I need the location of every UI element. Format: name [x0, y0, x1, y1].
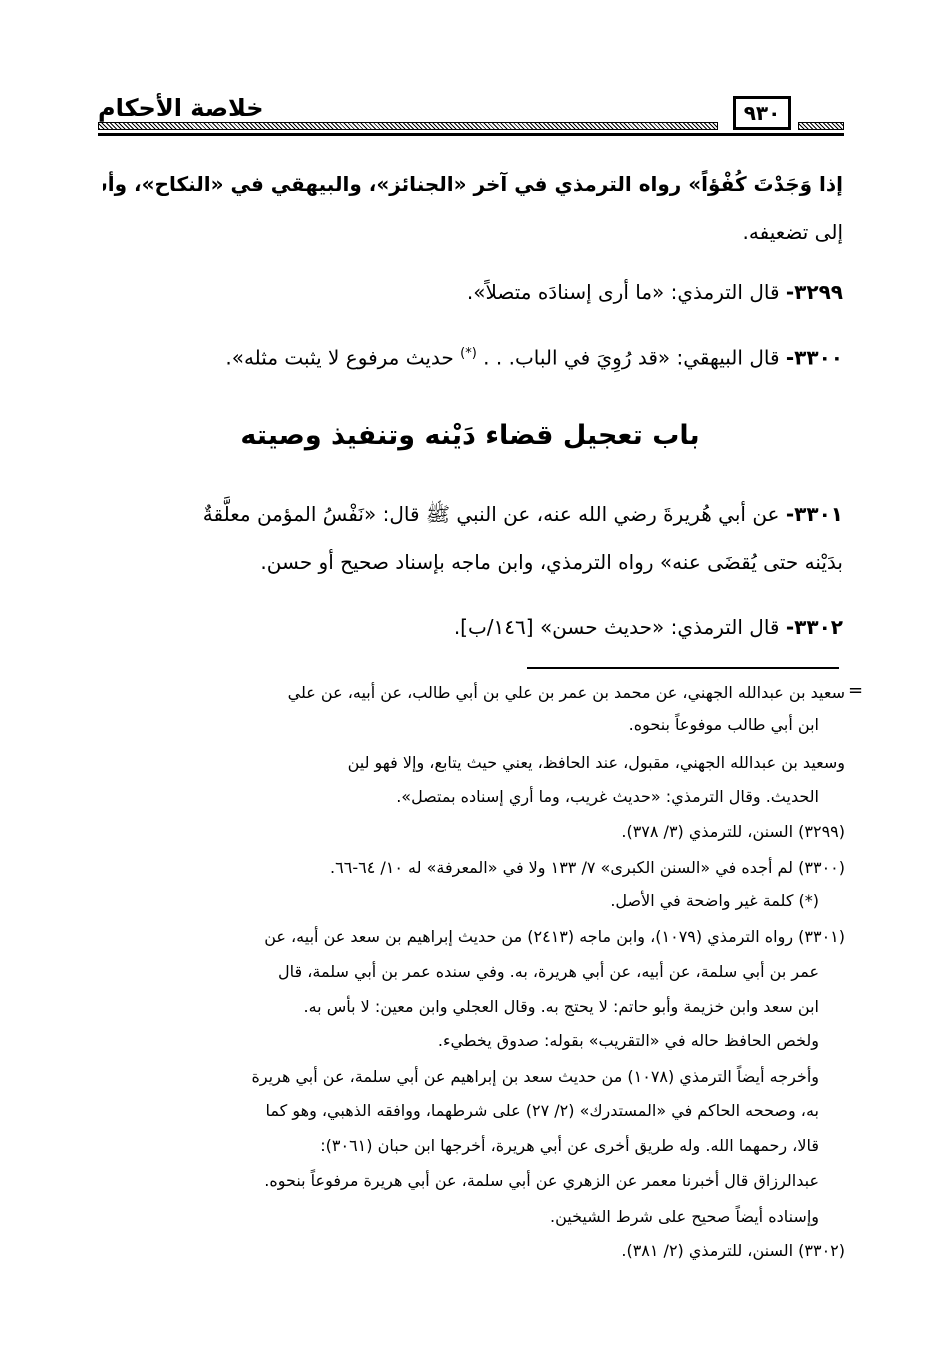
footnote-line: وأخرجه أيضاً الترمذي (١٠٧٨) من حديث سعد …: [104, 1060, 819, 1095]
entry-text-continued: حديث مرفوع لا يثبت مثله».: [225, 346, 453, 370]
entry-number: ٣٢٩٩-: [786, 280, 843, 304]
continuation-line-1: إذا وَجَدْتَ كُفْؤاً» رواه الترمذي في آخ…: [103, 160, 843, 208]
decorative-hatch-band-small: [798, 122, 844, 130]
entry-3301: ٣٣٠١- عن أبي هُريرةَ رضي الله عنه، عن ال…: [103, 490, 843, 586]
footnote-line: سعيد بن عبدالله الجهني، عن محمد بن عمر ب…: [100, 676, 845, 711]
entry-text: عن أبي هُريرةَ رضي الله عنه، عن النبي ﷺ …: [203, 502, 780, 526]
entry-line-2: بدَيْنه حتى يُقضَى عنه» رواه الترمذي، وا…: [103, 538, 843, 586]
footnote-line: وسعيد بن عبدالله الجهني، مقبول، عند الحا…: [100, 746, 845, 781]
footnote-line: قالا، رحمهما الله. وله طريق أخرى عن أبي …: [104, 1129, 819, 1164]
footnote-line: ابن سعد وابن خزيمة وأبو حاتم: لا يحتج به…: [104, 990, 819, 1025]
footnote-continuation-mark: =: [848, 680, 863, 701]
continuation-paragraph: إذا وَجَدْتَ كُفْؤاً» رواه الترمذي في آخ…: [103, 160, 843, 256]
entry-text: قال الترمذي: «ما أرى إسنادَه متصلاً».: [467, 280, 780, 304]
page-header: خلاصة الأحكام ٩٣٠: [98, 92, 844, 138]
footnote-separator: [527, 667, 839, 669]
entry-line-1: ٣٣٠١- عن أبي هُريرةَ رضي الله عنه، عن ال…: [103, 490, 843, 538]
entry-3302: ٣٣٠٢- قال الترمذي: «حديث حسن» [١٤٦/ب].: [103, 603, 843, 651]
entry-3300: ٣٣٠٠- قال البيهقي: «قد رُوِيَ في الباب. …: [103, 330, 843, 382]
footnote-3299: (٣٢٩٩) السنن، للترمذي (٣/ ٣٧٨).: [100, 815, 845, 850]
entry-number: ٣٣٠٠-: [786, 346, 843, 370]
footnote-line: عمر بن أبي سلمة، عن أبيه، عن أبي هريرة، …: [104, 955, 819, 990]
entry-number: ٣٣٠٢-: [786, 615, 843, 639]
chapter-title: باب تعجيل قضاء دَيْنه وتنفيذ وصيته: [100, 414, 840, 458]
footnote-line: ابن أبي طالب موفوعاً بنحوه.: [104, 708, 819, 743]
entry-text: قال الترمذي: «حديث حسن» [١٤٦/ب].: [454, 615, 780, 639]
entry-number: ٣٣٠١-: [786, 502, 843, 526]
footnote-line: عبدالرزاق قال أخبرنا معمر عن الزهري عن أ…: [104, 1164, 819, 1199]
entry-text: قال البيهقي: «قد رُوِيَ في الباب. . .: [483, 346, 779, 370]
footnote-line: الحديث. وقال الترمذي: «حديث غريب، وما أر…: [104, 780, 819, 815]
footnote-3300: (٣٣٠٠) لم أجده في «السنن الكبرى» ٧/ ١٣٣ …: [100, 851, 845, 886]
decorative-hatch-band: [98, 122, 718, 130]
running-title: خلاصة الأحكام: [98, 94, 264, 122]
footnote-star: (*) كلمة غير واضحة في الأصل.: [104, 884, 819, 919]
footnote-line: وإسناده أيضاً صحيح على شرط الشيخين.: [104, 1200, 819, 1235]
page-number: ٩٣٠: [733, 96, 791, 130]
continuation-text: إذا وَجَدْتَ كُفْؤاً» رواه الترمذي في آخ…: [103, 172, 843, 196]
header-rule: [98, 133, 844, 136]
book-page: خلاصة الأحكام ٩٣٠ إذا وَجَدْتَ كُفْؤاً» …: [0, 0, 943, 1369]
footnote-line: ولخص الحافظ حاله في «التقريب» بقوله: صدو…: [104, 1024, 819, 1059]
footnote-line: به، وصححه الحاكم في «المستدرك» (٢/ ٢٧) ع…: [104, 1094, 819, 1129]
footnote-marker: (*): [460, 346, 477, 361]
footnote-3302: (٣٣٠٢) السنن، للترمذي (٢/ ٣٨١).: [100, 1234, 845, 1269]
entry-3299: ٣٢٩٩- قال الترمذي: «ما أرى إسنادَه متصلا…: [103, 268, 843, 316]
footnote-3301: (٣٣٠١) رواه الترمذي (١٠٧٩)، وابن ماجه (٢…: [100, 920, 845, 955]
continuation-line-2: إلى تضعيفه.: [103, 208, 843, 256]
